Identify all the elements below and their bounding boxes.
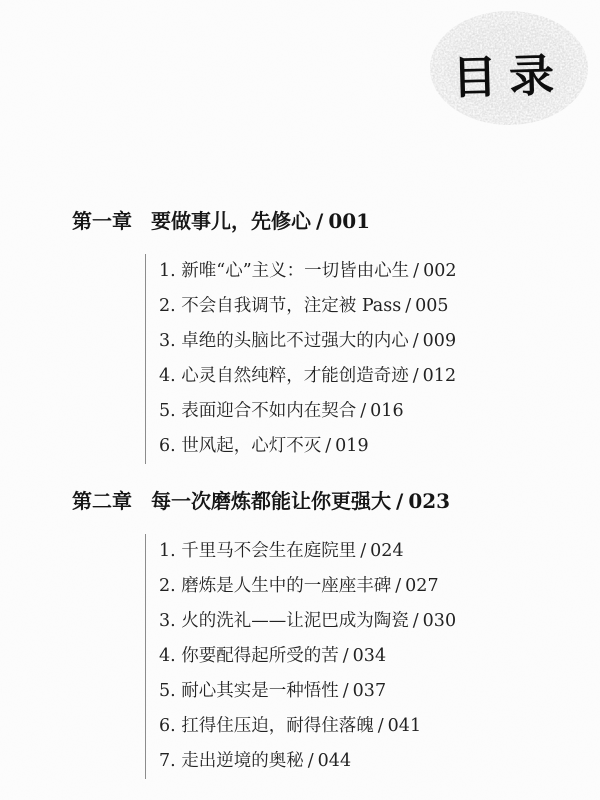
page-separator: / bbox=[343, 646, 349, 666]
toc-item: 6. 世风起，心灯不灭/019 bbox=[159, 429, 570, 464]
toc-item-text: 4. 心灵自然纯粹，才能创造奇迹 bbox=[159, 366, 409, 386]
toc-item-page: 019 bbox=[335, 436, 368, 456]
chapter-label: 第二章 bbox=[72, 489, 132, 513]
toc-item: 2. 不会自我调节，注定被 Pass/005 bbox=[159, 289, 570, 324]
page-separator: / bbox=[378, 716, 384, 736]
chapter-item-list: 1. 千里马不会生在庭院里/024 2. 磨炼是人生中的一座座丰碑/027 3.… bbox=[145, 534, 570, 779]
toc-item-text: 6. 世风起，心灯不灭 bbox=[159, 436, 321, 456]
page-separator: / bbox=[413, 366, 419, 386]
toc-item-page: 005 bbox=[415, 296, 448, 316]
toc-item-page: 044 bbox=[318, 751, 351, 771]
chapter-page-number: 023 bbox=[408, 489, 450, 513]
chapter-heading: 第二章每一次磨炼都能让你更强大/023 bbox=[72, 488, 570, 514]
toc-page: { "stamp": { "title": "目录" }, "separator… bbox=[0, 0, 600, 800]
page-separator: / bbox=[325, 436, 331, 456]
page-separator: / bbox=[413, 611, 419, 631]
toc-item: 5. 表面迎合不如内在契合/016 bbox=[159, 394, 570, 429]
table-of-contents: 第一章要做事儿，先修心/001 1. 新唯“心”主义：一切皆由心生/002 2.… bbox=[0, 0, 600, 800]
toc-item: 2. 磨炼是人生中的一座座丰碑/027 bbox=[159, 569, 570, 604]
chapter-title: 每一次磨炼都能让你更强大 bbox=[151, 489, 391, 513]
page-separator: / bbox=[360, 541, 366, 561]
page-separator: / bbox=[405, 296, 411, 316]
toc-item-text: 3. 卓绝的头脑比不过强大的内心 bbox=[159, 331, 409, 351]
toc-item: 7. 走出逆境的奥秘/044 bbox=[159, 744, 570, 779]
toc-item-page: 009 bbox=[423, 331, 456, 351]
toc-item-text: 5. 耐心其实是一种悟性 bbox=[159, 681, 339, 701]
chapter-title: 要做事儿，先修心 bbox=[151, 209, 311, 233]
toc-item: 4. 心灵自然纯粹，才能创造奇迹/012 bbox=[159, 359, 570, 394]
toc-item-text: 1. 新唯“心”主义：一切皆由心生 bbox=[159, 261, 409, 281]
toc-item-text: 3. 火的洗礼——让泥巴成为陶瓷 bbox=[159, 611, 409, 631]
toc-item: 6. 扛得住压迫，耐得住落魄/041 bbox=[159, 709, 570, 744]
toc-item: 3. 火的洗礼——让泥巴成为陶瓷/030 bbox=[159, 604, 570, 639]
page-separator: / bbox=[413, 331, 419, 351]
toc-item-text: 4. 你要配得起所受的苦 bbox=[159, 646, 339, 666]
page-separator: / bbox=[396, 489, 403, 513]
page-separator: / bbox=[360, 401, 366, 421]
toc-item-text: 2. 不会自我调节，注定被 Pass bbox=[159, 296, 401, 316]
page-separator: / bbox=[395, 576, 401, 596]
toc-item-page: 016 bbox=[370, 401, 403, 421]
toc-item-text: 5. 表面迎合不如内在契合 bbox=[159, 401, 356, 421]
page-separator: / bbox=[308, 751, 314, 771]
chapter-page-number: 001 bbox=[328, 209, 370, 233]
chapter-label: 第一章 bbox=[72, 209, 132, 233]
toc-item: 5. 耐心其实是一种悟性/037 bbox=[159, 674, 570, 709]
page-separator: / bbox=[413, 261, 419, 281]
toc-item-page: 024 bbox=[370, 541, 403, 561]
page-separator: / bbox=[316, 209, 323, 233]
toc-item-page: 012 bbox=[423, 366, 456, 386]
toc-item-text: 7. 走出逆境的奥秘 bbox=[159, 751, 304, 771]
toc-item-text: 1. 千里马不会生在庭院里 bbox=[159, 541, 356, 561]
toc-item-page: 041 bbox=[388, 716, 421, 736]
chapter-heading: 第一章要做事儿，先修心/001 bbox=[72, 208, 570, 234]
toc-item: 3. 卓绝的头脑比不过强大的内心/009 bbox=[159, 324, 570, 359]
toc-item-page: 034 bbox=[353, 646, 386, 666]
toc-item: 4. 你要配得起所受的苦/034 bbox=[159, 639, 570, 674]
toc-item-page: 002 bbox=[423, 261, 456, 281]
toc-item-text: 2. 磨炼是人生中的一座座丰碑 bbox=[159, 576, 391, 596]
toc-item-page: 027 bbox=[405, 576, 438, 596]
toc-item: 1. 千里马不会生在庭院里/024 bbox=[159, 534, 570, 569]
toc-item: 1. 新唯“心”主义：一切皆由心生/002 bbox=[159, 254, 570, 289]
toc-item-page: 030 bbox=[423, 611, 456, 631]
page-separator: / bbox=[343, 681, 349, 701]
toc-item-page: 037 bbox=[353, 681, 386, 701]
chapter-item-list: 1. 新唯“心”主义：一切皆由心生/002 2. 不会自我调节，注定被 Pass… bbox=[145, 254, 570, 464]
toc-item-text: 6. 扛得住压迫，耐得住落魄 bbox=[159, 716, 374, 736]
